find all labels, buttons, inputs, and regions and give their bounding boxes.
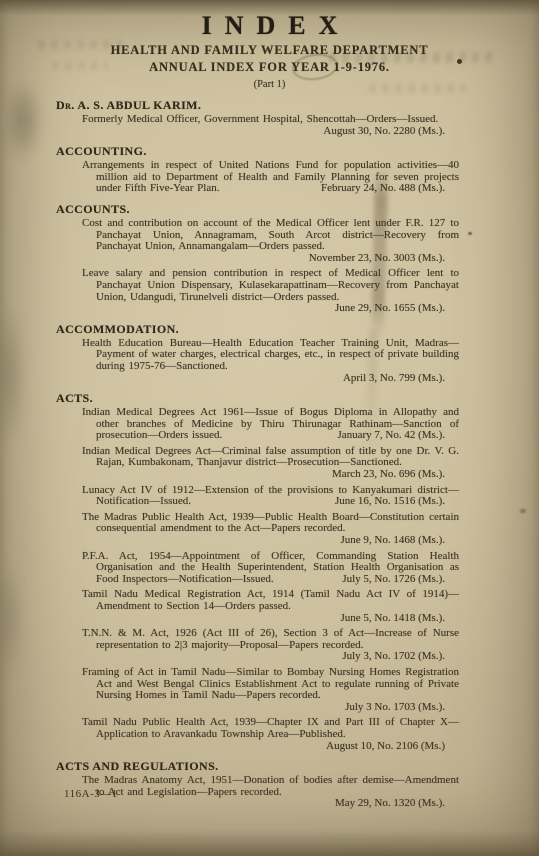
entry-text: Framing of Act in Tamil Nadu—Similar to … [82, 667, 459, 702]
entry-reference: June 29, No. 1655 (Ms.). [82, 303, 459, 315]
index-entry: Tamil Nadu Public Health Act, 1939—Chapt… [82, 717, 459, 752]
entry-text: Indian Medical Degrees Act—Criminal fals… [82, 446, 459, 469]
index-entry: Tamil Nadu Medical Registration Act, 191… [82, 589, 459, 624]
entry-text: Tamil Nadu Public Health Act, 1939—Chapt… [82, 717, 459, 740]
entry-text: Cost and contribution on account of the … [82, 218, 459, 253]
footer-print-code: 116A-3—1 [64, 788, 118, 800]
entry-reference: May 29, No. 1320 (Ms.). [82, 798, 459, 810]
entry-text: Leave salary and pension contribution in… [82, 268, 459, 303]
entry-reference: July 3, No. 1702 (Ms.). [82, 651, 459, 663]
scanned-index-page: INDEX HEALTH AND FAMILY WELFARE DEPARTME… [0, 0, 539, 856]
section-heading-accounting: ACCOUNTING. [56, 145, 459, 158]
entry-text: T.N.N. & M. Act, 1926 (Act III of 26), S… [82, 628, 459, 651]
entry-text: Formerly Medical Officer, Government Hos… [82, 114, 459, 126]
entry-reference: July 3 No. 1703 (Ms.). [82, 702, 459, 714]
entry-reference: November 23, No. 3003 (Ms.). [82, 253, 459, 265]
section-accounts: ACCOUNTS. Cost and contribution on accou… [0, 203, 539, 315]
scan-edge-shadow-bottom [0, 830, 539, 856]
entry-reference: June 9, No. 1468 (Ms.). [82, 535, 459, 547]
entry-reference: June 5, No. 1418 (Ms.). [82, 613, 459, 625]
index-entry: P.F.A. Act, 1954—Appointment of Officer,… [82, 551, 459, 586]
entry-reference: August 10, No. 2106 (Ms.) [82, 741, 459, 753]
page-title: INDEX [0, 12, 539, 40]
section-acts: ACTS. Indian Medical Degrees Act 1961—Is… [0, 392, 539, 752]
index-entry: Leave salary and pension contribution in… [82, 268, 459, 314]
part-label: (Part 1) [0, 79, 539, 91]
entry-text: The Madras Public Health Act, 1939—Publi… [82, 512, 459, 535]
section-abdul-karim: Dr. A. S. ABDUL KARIM. Formerly Medical … [0, 99, 539, 137]
index-entry: Formerly Medical Officer, Government Hos… [82, 114, 459, 137]
index-entry: The Madras Anatomy Act, 1951—Donation of… [82, 775, 459, 810]
entry-text: Health Education Bureau—Health Education… [82, 338, 459, 373]
index-entry: Health Education Bureau—Health Education… [82, 338, 459, 384]
entry-text: Tamil Nadu Medical Registration Act, 191… [82, 589, 459, 612]
section-accounting: ACCOUNTING. Arrangements in respect of U… [0, 145, 539, 195]
index-entry: T.N.N. & M. Act, 1926 (Act III of 26), S… [82, 628, 459, 663]
index-entry: Arrangements in respect of United Nation… [82, 160, 459, 195]
index-entry: Framing of Act in Tamil Nadu—Similar to … [82, 667, 459, 713]
document-content: INDEX HEALTH AND FAMILY WELFARE DEPARTME… [0, 0, 539, 814]
section-heading-abdul-karim: Dr. A. S. ABDUL KARIM. [56, 99, 459, 112]
section-heading-acts: ACTS. [56, 392, 459, 405]
section-acts-and-regulations: ACTS AND REGULATIONS. The Madras Anatomy… [0, 760, 539, 810]
index-entry: Cost and contribution on account of the … [82, 218, 459, 264]
entry-reference: August 30, No. 2280 (Ms.). [82, 126, 459, 138]
department-heading: HEALTH AND FAMILY WELFARE DEPARTMENT [0, 43, 539, 57]
entry-reference: April 3, No. 799 (Ms.). [82, 373, 459, 385]
index-entry: The Madras Public Health Act, 1939—Publi… [82, 512, 459, 547]
section-heading-acts-and-regulations: ACTS AND REGULATIONS. [56, 760, 459, 773]
entry-reference: March 23, No. 696 (Ms.). [82, 469, 459, 481]
entry-text: The Madras Anatomy Act, 1951—Donation of… [82, 775, 459, 798]
section-heading-accommodation: ACCOMMODATION. [56, 323, 459, 336]
index-entry: Indian Medical Degrees Act 1961—Issue of… [82, 407, 459, 442]
annual-index-heading: ANNUAL INDEX FOR YEAR 1-9-1976. [0, 60, 539, 74]
index-entry: Lunacy Act IV of 1912—Extension of the p… [82, 485, 459, 508]
index-entry: Indian Medical Degrees Act—Criminal fals… [82, 446, 459, 481]
section-heading-accounts: ACCOUNTS. [56, 203, 459, 216]
section-accommodation: ACCOMMODATION. Health Education Bureau—H… [0, 323, 539, 384]
